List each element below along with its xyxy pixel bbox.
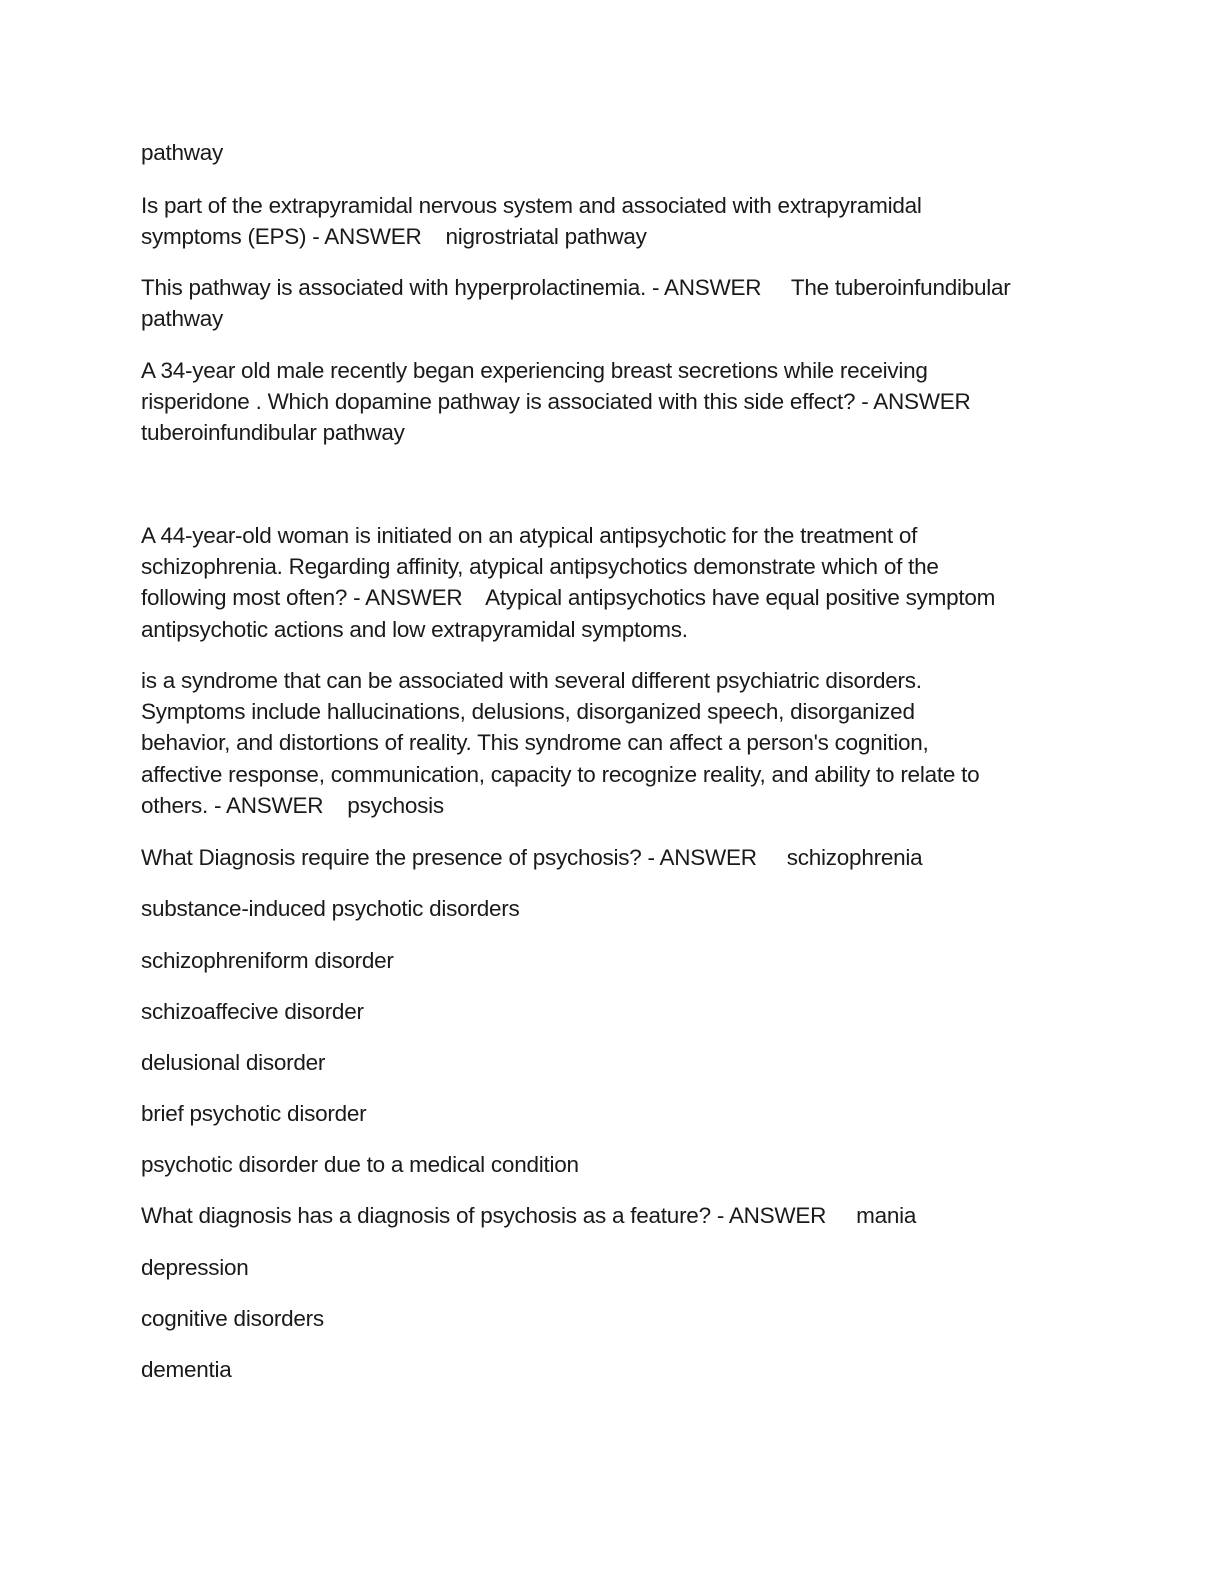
document-page: pathway Is part of the extrapyramidal ne…: [0, 0, 1224, 1584]
paragraph-atypical-antipsychotic-question: A 44-year-old woman is initiated on an a…: [141, 520, 1081, 645]
paragraph-psychosis-feature-question: What diagnosis has a diagnosis of psycho…: [141, 1200, 1081, 1231]
paragraph-pathway-continuation: pathway: [141, 137, 1081, 168]
paragraph-diagnosis-requires-psychosis: What Diagnosis require the presence of p…: [141, 842, 1081, 873]
paragraph-nigrostriatal-question: Is part of the extrapyramidal nervous sy…: [141, 190, 1081, 252]
list-item-brief-psychotic: brief psychotic disorder: [141, 1098, 1081, 1129]
paragraph-psychosis-definition: is a syndrome that can be associated wit…: [141, 665, 1081, 821]
list-item-depression: depression: [141, 1252, 1081, 1283]
list-item-delusional: delusional disorder: [141, 1047, 1081, 1078]
list-item-schizoaffective: schizoaffecive disorder: [141, 996, 1081, 1027]
paragraph-risperidone-question: A 34-year old male recently began experi…: [141, 355, 1081, 449]
paragraph-hyperprolactinemia-question: This pathway is associated with hyperpro…: [141, 272, 1081, 334]
list-item-dementia: dementia: [141, 1354, 1081, 1385]
list-item-schizophreniform: schizophreniform disorder: [141, 945, 1081, 976]
list-item-cognitive-disorders: cognitive disorders: [141, 1303, 1081, 1334]
list-item-substance-induced: substance-induced psychotic disorders: [141, 893, 1081, 924]
list-item-medical-condition: psychotic disorder due to a medical cond…: [141, 1149, 1081, 1180]
